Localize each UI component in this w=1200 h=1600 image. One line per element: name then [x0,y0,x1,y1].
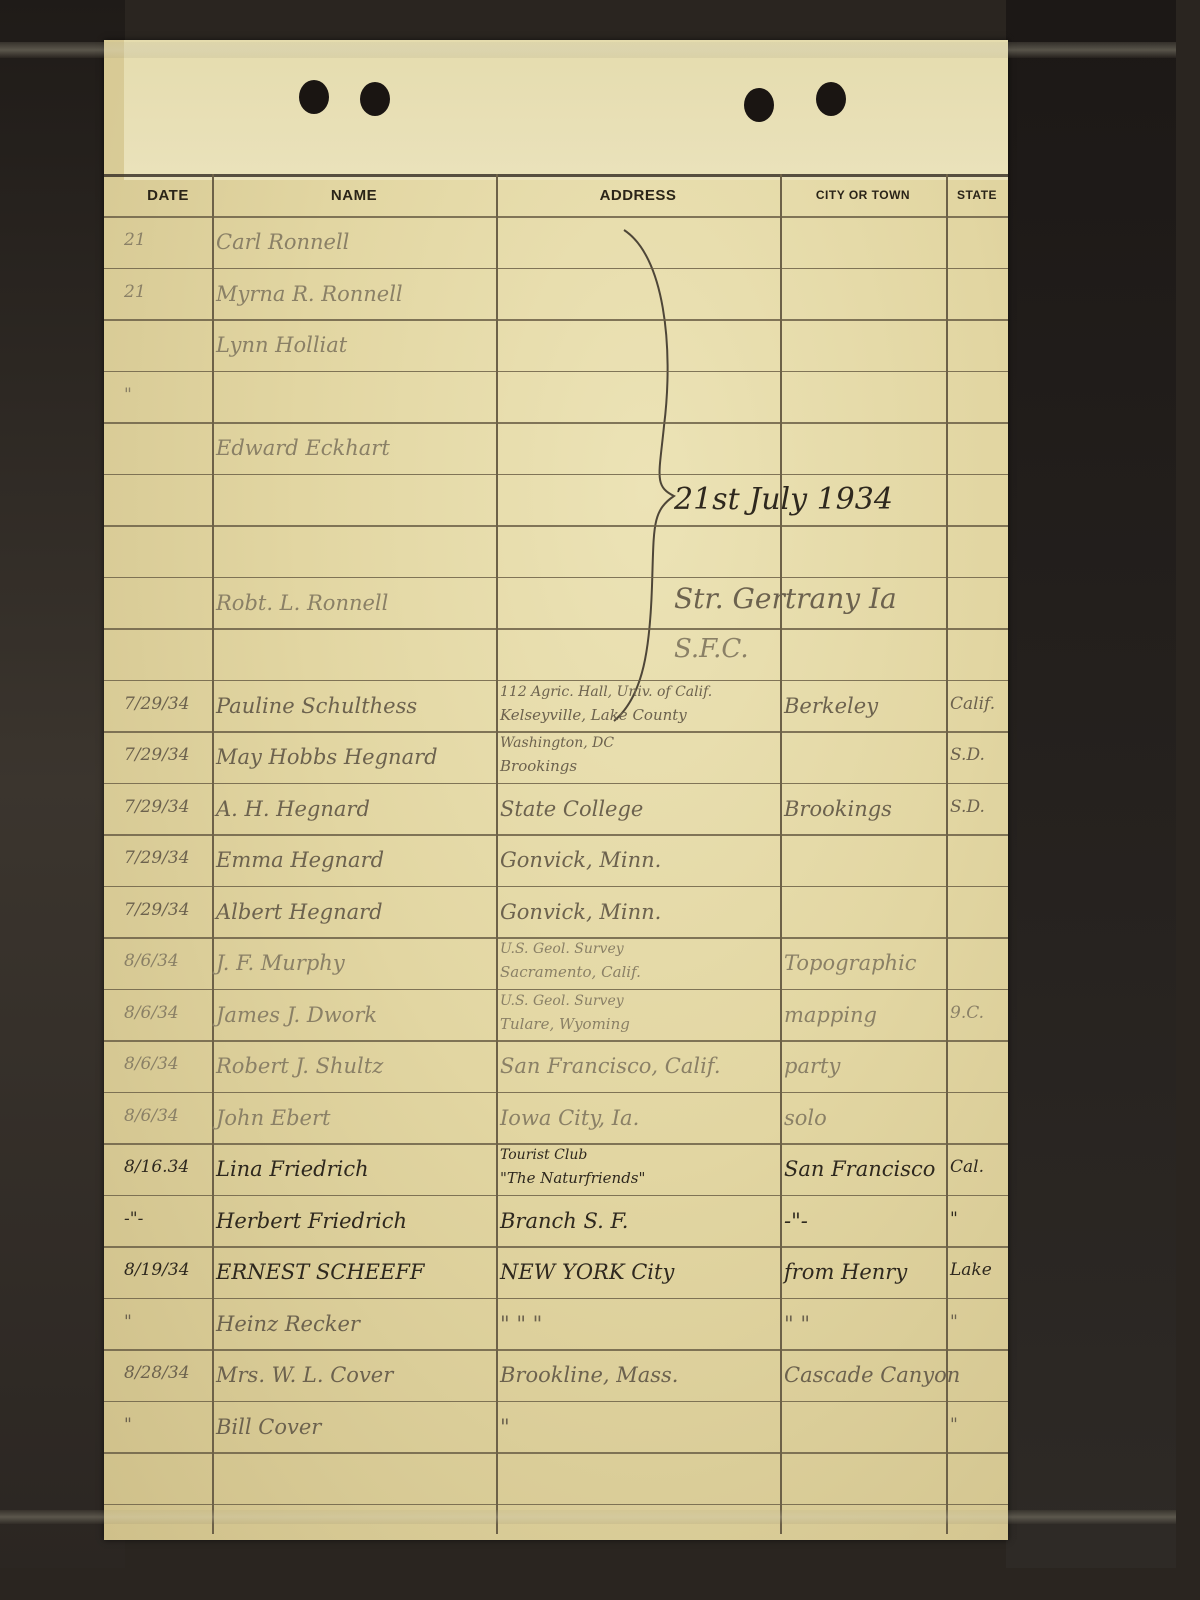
cell-address: " [500,1415,780,1439]
table-row: 7/29/34May Hobbs HegnardWashington, DCBr… [104,731,1008,783]
cell-date: 8/6/34 [124,1106,212,1126]
cell-address: Tourist Club [500,1147,780,1163]
cell-city: party [784,1054,946,1078]
cell-state: " [950,1415,1008,1435]
cell-city: from Henry [784,1260,946,1284]
cell-address: Brookline, Mass. [500,1363,780,1387]
cell-state: " [950,1312,1008,1332]
table-row: " [104,371,1008,423]
punch-hole [360,82,390,116]
row-rule [104,1504,1008,1506]
cell-name: Heinz Recker [216,1312,496,1336]
table-row: Edward Eckhart [104,422,1008,474]
cell-name: Lynn Holliat [216,333,496,357]
cell-address: Gonvick, Minn. [500,848,780,872]
background-right [1006,0,1176,1568]
table-row: "Bill Cover"" [104,1401,1008,1453]
cell-date: -"- [124,1209,212,1229]
cell-address-line2: "The Naturfriends" [500,1169,645,1187]
cell-state: S.D. [950,797,1008,817]
cell-name: Herbert Friedrich [216,1209,496,1233]
table-row: Robt. L. Ronnell [104,577,1008,629]
cell-name: Lina Friedrich [216,1157,496,1181]
column-header-city: CITY OR TOWN [780,174,946,216]
table-row: 8/16.34Lina FriedrichTourist Club"The Na… [104,1143,1008,1195]
cell-date: " [124,385,212,405]
cell-city: Cascade Canyon [784,1363,946,1387]
table-row: 8/28/34Mrs. W. L. CoverBrookline, Mass.C… [104,1349,1008,1401]
cell-name: Emma Hegnard [216,848,496,872]
register-table: DATE NAME ADDRESS CITY OR TOWN STATE 21s… [104,174,1008,1534]
cell-date: 7/29/34 [124,900,212,920]
cell-address: State College [500,797,780,821]
table-row [104,474,1008,526]
table-row: 8/6/34Robert J. ShultzSan Francisco, Cal… [104,1040,1008,1092]
cell-address: NEW YORK City [500,1260,780,1284]
cell-name: James J. Dwork [216,1003,496,1027]
cell-address-line2: Brookings [500,757,577,775]
table-row: 7/29/34Pauline Schulthess112 Agric. Hall… [104,680,1008,732]
cell-state: Lake [950,1260,1008,1280]
cell-name: A. H. Hegnard [216,797,496,821]
cell-address: Branch S. F. [500,1209,780,1233]
cell-name: Bill Cover [216,1415,496,1439]
cell-address-line2: Kelseyville, Lake County [500,706,687,724]
cell-name: Myrna R. Ronnell [216,282,496,306]
cell-name: John Ebert [216,1106,496,1130]
cell-address: 112 Agric. Hall, Univ. of Calif. [500,684,780,700]
cell-city: solo [784,1106,946,1130]
punch-hole [299,80,329,114]
register-page: DATE NAME ADDRESS CITY OR TOWN STATE 21s… [104,40,1008,1540]
cell-date: 7/29/34 [124,745,212,765]
table-row: 21Myrna R. Ronnell [104,268,1008,320]
cell-date: 8/19/34 [124,1260,212,1280]
punch-hole [816,82,846,116]
cell-city: Berkeley [784,694,946,718]
cell-name: Robt. L. Ronnell [216,591,496,615]
cell-date: 8/28/34 [124,1363,212,1383]
column-header-name: NAME [212,174,496,216]
cell-date: 8/6/34 [124,1054,212,1074]
cell-address: Washington, DC [500,735,780,751]
table-row: 7/29/34Emma HegnardGonvick, Minn. [104,834,1008,886]
cell-date: 8/6/34 [124,1003,212,1023]
cell-name: Mrs. W. L. Cover [216,1363,496,1387]
table-row: -"-Herbert FriedrichBranch S. F.-"-" [104,1195,1008,1247]
cell-name: ERNEST SCHEEFF [216,1260,496,1284]
table-row [104,1452,1008,1504]
cell-address: Gonvick, Minn. [500,900,780,924]
cell-city: mapping [784,1003,946,1027]
cell-date: 7/29/34 [124,694,212,714]
glass-reflection [0,42,1176,58]
punch-hole [744,88,774,122]
table-row: 7/29/34A. H. HegnardState CollegeBrookin… [104,783,1008,835]
table-row: 8/6/34James J. DworkU.S. Geol. SurveyTul… [104,989,1008,1041]
cell-address: " " " [500,1312,780,1336]
cell-city: -"- [784,1209,946,1233]
cell-city: Topographic [784,951,946,975]
cell-date: 7/29/34 [124,797,212,817]
cell-name: J. F. Murphy [216,951,496,975]
column-header-date: DATE [124,174,212,216]
column-header-state: STATE [946,174,1008,216]
cell-date: " [124,1415,212,1435]
cell-date: " [124,1312,212,1332]
cell-state: S.D. [950,745,1008,765]
cell-date: 21 [124,230,212,250]
cell-name: Carl Ronnell [216,230,496,254]
cell-date: 21 [124,282,212,302]
table-row: 8/6/34John EbertIowa City, Ia.solo [104,1092,1008,1144]
table-row: 8/6/34J. F. MurphyU.S. Geol. SurveySacra… [104,937,1008,989]
cell-address-line2: Sacramento, Calif. [500,963,641,981]
cell-name: Robert J. Shultz [216,1054,496,1078]
cell-address: U.S. Geol. Survey [500,941,780,957]
table-row: 7/29/34Albert HegnardGonvick, Minn. [104,886,1008,938]
column-header-address: ADDRESS [496,174,780,216]
cell-city: San Francisco [784,1157,946,1181]
cell-city: " " [784,1312,946,1336]
cell-state: Cal. [950,1157,1008,1177]
cell-state: 9.C. [950,1003,1008,1023]
cell-address: Iowa City, Ia. [500,1106,780,1130]
page-top-strip [124,40,1008,180]
cell-name: Albert Hegnard [216,900,496,924]
cell-address: U.S. Geol. Survey [500,993,780,1009]
table-row: Lynn Holliat [104,319,1008,371]
table-row: 8/19/34ERNEST SCHEEFFNEW YORK Cityfrom H… [104,1246,1008,1298]
glass-reflection [0,1510,1176,1524]
cell-name: May Hobbs Hegnard [216,745,496,769]
table-row [104,628,1008,680]
table-row [104,525,1008,577]
cell-name: Pauline Schulthess [216,694,496,718]
cell-address: San Francisco, Calif. [500,1054,780,1078]
cell-date: 8/16.34 [124,1157,212,1177]
cell-name: Edward Eckhart [216,436,496,460]
cell-city: Brookings [784,797,946,821]
table-row: 21Carl Ronnell [104,216,1008,268]
cell-state: " [950,1209,1008,1229]
cell-address-line2: Tulare, Wyoming [500,1015,630,1033]
cell-state: Calif. [950,694,1008,714]
cell-date: 8/6/34 [124,951,212,971]
cell-date: 7/29/34 [124,848,212,868]
table-row: "Heinz Recker" " "" "" [104,1298,1008,1350]
